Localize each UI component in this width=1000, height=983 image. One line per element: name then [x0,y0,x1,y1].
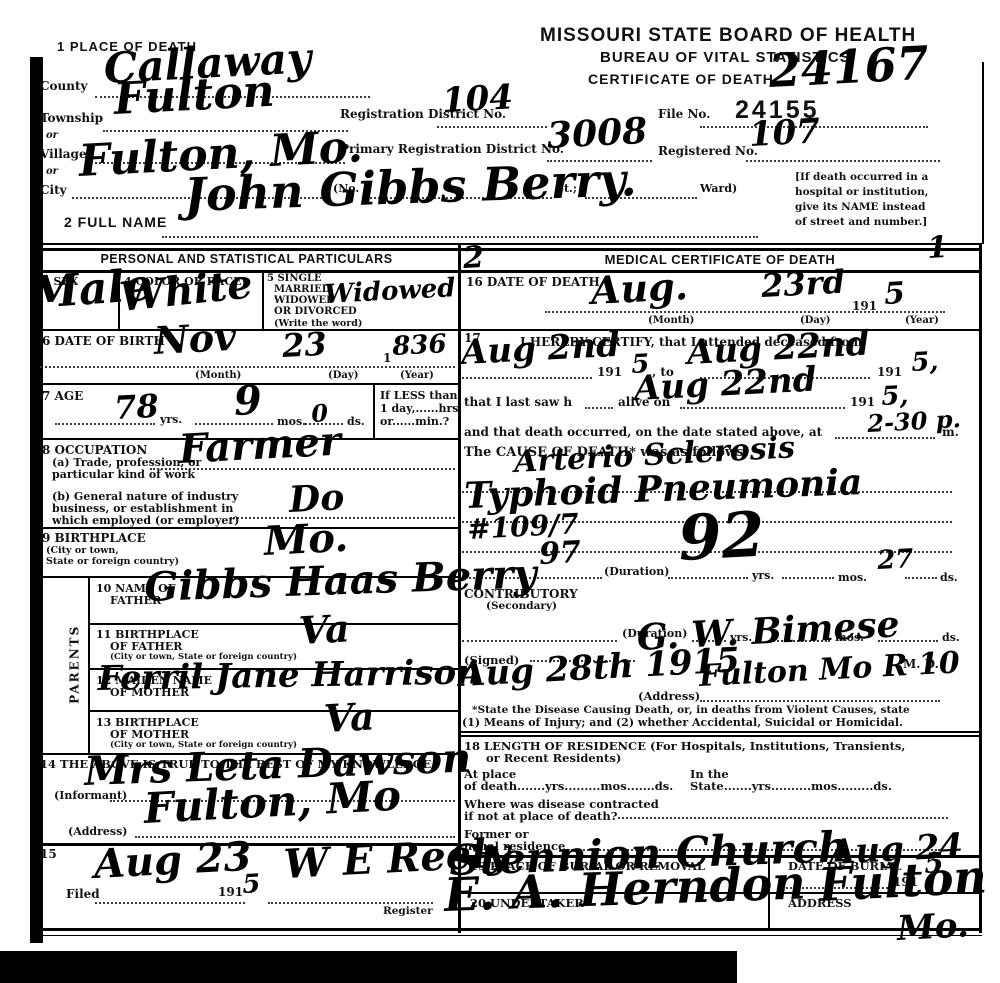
dotted-leader [835,437,935,439]
dob-year-value: 836 [392,331,448,360]
secondary-label: (Secondary) [486,601,557,612]
marital-value: Widowed [324,275,456,308]
hospital-note-line: of street and number.] [795,217,927,228]
year-caption: (Year) [905,315,939,326]
day-caption: (Day) [328,370,358,381]
occupation-b-label: business, or establishment in [52,503,233,515]
year-prefix: 191 [852,300,877,313]
year-prefix: 191 [877,366,902,379]
rule [88,710,458,712]
rule [35,243,982,245]
dob-label: 6 DATE OF BIRTH [42,335,165,348]
undertaker-address-value: Fulton [818,853,988,908]
dotted-leader [782,577,834,579]
scan-edge-right [982,62,984,244]
occupation-b-label: (b) General nature of industry [52,491,238,503]
handwritten-mark-2: 2 [462,243,484,274]
handwritten-mark-1: 1 [926,233,948,264]
rule [35,928,982,931]
undertaker-signature: E. A. Herndon [443,859,806,918]
item-15-label: 15 [40,848,57,861]
mos-caption: mos. [838,572,867,584]
mother-birthplace-value: Va [323,697,376,738]
attended-from-value: Aug 2nd [460,328,620,370]
dotted-leader [668,577,748,579]
rule [35,248,982,251]
death-certificate-scan: MISSOURI STATE BOARD OF HEALTH BUREAU OF… [0,0,1000,983]
dotted-leader [680,407,845,409]
in-state-label: State.......yrs..........mos.........ds. [690,780,892,792]
dotted-leader [40,366,455,368]
birthplace-label: 9 BIRTHPLACE [42,532,146,545]
registration-district-value: 104 [441,80,514,118]
at-place-label: of death.......yrs.........mos.......ds. [464,780,673,792]
ds-caption: ds. [347,416,365,428]
disease-contracted-label: if not at place of death? [464,810,617,822]
filed-year-value: 5 [242,871,261,898]
dod-day-value: 23rd [760,266,845,302]
hospital-note-line: give its NAME instead [795,202,925,213]
certificate-number-handwritten: 24167 [768,40,930,94]
year-caption: (Year) [400,370,434,381]
file-no-label: File No. [658,108,710,121]
if-less-label: or......min.? [380,416,449,428]
year-prefix: 191 [597,366,622,379]
mother-bp-label: OF MOTHER [110,729,189,741]
county-label: County [40,80,88,93]
father-bp-label: OF FATHER [110,641,182,653]
scan-bar-bottom [0,951,737,983]
last-seen-year: 5, [881,383,909,410]
rule [35,935,982,936]
time-of-death-value: 2-30 p. [867,407,962,436]
rule [35,527,458,529]
ds-caption: ds. [942,632,960,644]
or-label: or [46,167,58,178]
if-less-label: If LESS than [380,390,458,402]
dotted-leader [585,407,613,409]
informant-address-label: (Address) [68,826,128,838]
birthplace-sub: (City or town, [46,546,119,556]
hospital-note-line: hospital or institution, [795,187,928,198]
marital-label: MARRIED [274,285,330,296]
dotted-leader [437,126,547,128]
dob-month-value: Nov [153,318,237,360]
dotted-leader [700,700,940,702]
certificate-title: CERTIFICATE OF DEATH [588,72,774,87]
registered-no-label: Registered No. [658,145,758,158]
medical-title: MEDICAL CERTIFICATE OF DEATH [458,253,982,267]
dod-month-value: Aug. [590,267,689,310]
dotted-leader [462,377,592,379]
year-prefix: 191 [850,396,875,409]
doctor-address-label: (Address) [638,690,700,702]
dod-label: 16 DATE OF DEATH [466,276,600,289]
race-value: White [118,264,255,318]
yrs-caption: yrs. [752,570,774,582]
dotted-leader [462,640,617,642]
parents-label: PARENTS [68,625,81,704]
dod-year-value: 5 [883,279,905,310]
duration-value: 97 [538,538,581,570]
full-name-value: John Gibbs Berry. [183,156,637,218]
footnote-line: *State the Disease Causing Death, or, in… [472,705,910,716]
last-seen-value: Aug 22nd [633,362,817,406]
rule [88,576,90,755]
primary-registration-label: Primary Registration District No. [340,143,564,156]
father-birthplace-value: Va [298,609,351,650]
township-value: Fulton [113,70,276,122]
mother-name-value: Ferril Jane Harrison [97,655,481,696]
hospital-note-line: [If death occurred in a [795,172,928,183]
residence-label: or Recent Residents) [486,752,621,764]
rule [458,731,982,733]
registered-no-value: 107 [748,114,821,152]
rule [35,329,458,331]
duration-caption: (Duration) [604,566,669,578]
year-prefix: 1 [383,352,391,365]
filed-date-value: Aug 23 [93,837,253,885]
rule [35,243,38,933]
mother-bp-label: 13 BIRTHPLACE [96,717,199,729]
dotted-leader [162,236,758,238]
ds-caption: ds. [940,572,958,584]
duration-days-value: 27 [877,546,914,574]
age-months-value: 9 [233,381,263,422]
footnote-line: (1) Means of Injury; and (2) whether Acc… [462,717,903,729]
township-label: Township [40,112,103,125]
dotted-leader [905,577,937,579]
birthplace-value: Mo. [263,518,349,562]
occupation-value: Farmer [178,422,342,470]
rule [88,623,458,625]
or-label: or [46,131,58,142]
rule [458,735,982,737]
full-name-label: 2 FULL NAME [64,215,167,230]
attended-to-year: 5, [911,349,939,376]
rule [979,243,982,933]
industry-value: Do [288,479,345,518]
occupation-b-label: which employed (or employer) [52,515,239,527]
occupation-a-label: particular kind of work [52,469,195,481]
age-years-value: 78 [113,390,159,424]
register-label: Register [383,906,433,917]
undertaker-address-state: Mo. [896,908,969,946]
occupation-label: 8 OCCUPATION [42,444,147,457]
dotted-leader [618,817,948,819]
rule [262,270,264,331]
city-label: City [40,184,67,197]
dotted-leader [268,902,433,904]
month-caption: (Month) [648,315,694,326]
dotted-leader [746,160,940,162]
day-caption: (Day) [800,315,830,326]
father-bp-label: 11 BIRTHPLACE [96,629,199,641]
duration-large-value: 92 [677,504,766,570]
primary-registration-value: 3008 [546,113,648,154]
dotted-leader [95,902,245,904]
if-less-label: 1 day,......hrs. [380,403,462,415]
rule [458,270,982,273]
yrs-caption: yrs. [160,414,182,426]
street-ward-label: Ward) [700,183,737,195]
filed-label: Filed [66,888,100,901]
informant-address-value: Fulton, Mo [143,775,402,830]
filed-year-prefix: 191 [218,886,243,899]
age-label: 7 AGE [42,390,83,403]
last-saw-text: that I last saw h [464,396,572,409]
marital-label: 5 SINGLE [267,274,322,285]
dob-day-value: 23 [281,328,327,362]
rule [373,383,375,440]
